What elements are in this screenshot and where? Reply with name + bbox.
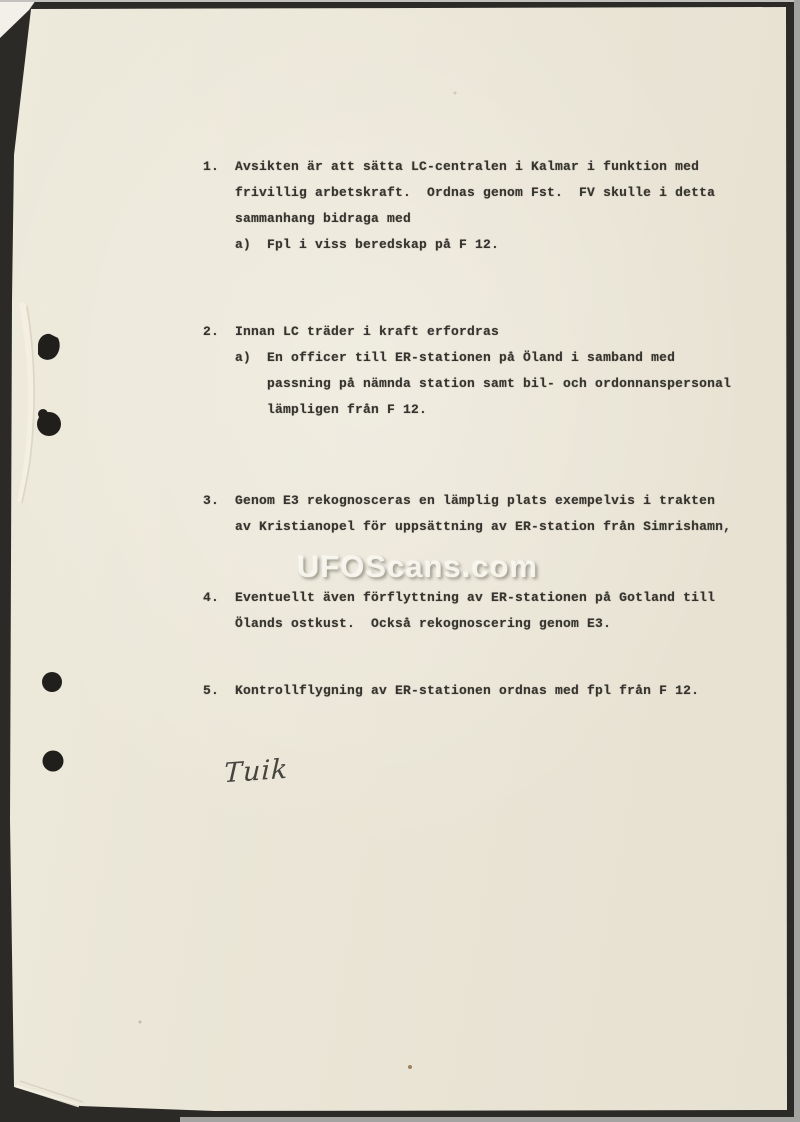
handwritten-note: Tuik (224, 754, 289, 790)
scanner-edge-right (794, 0, 800, 1122)
typed-item-3: 3. Genom E3 rekognosceras en lämplig pla… (203, 488, 731, 540)
scan-background: { "page": { "watermark": "UFOScans.com",… (0, 0, 800, 1122)
typed-item-4: 4. Eventuellt även förflyttning av ER-st… (203, 585, 715, 637)
scanner-edge-bottom (180, 1117, 800, 1122)
typed-item-1: 1. Avsikten är att sätta LC-centralen i … (203, 154, 715, 258)
typed-item-5: 5. Kontrollflygning av ER-stationen ordn… (203, 678, 699, 704)
scanner-edge-top (0, 0, 800, 2)
watermark: UFOScans.com (297, 549, 538, 585)
typed-item-2: 2. Innan LC träder i kraft erfordras a) … (203, 319, 731, 423)
